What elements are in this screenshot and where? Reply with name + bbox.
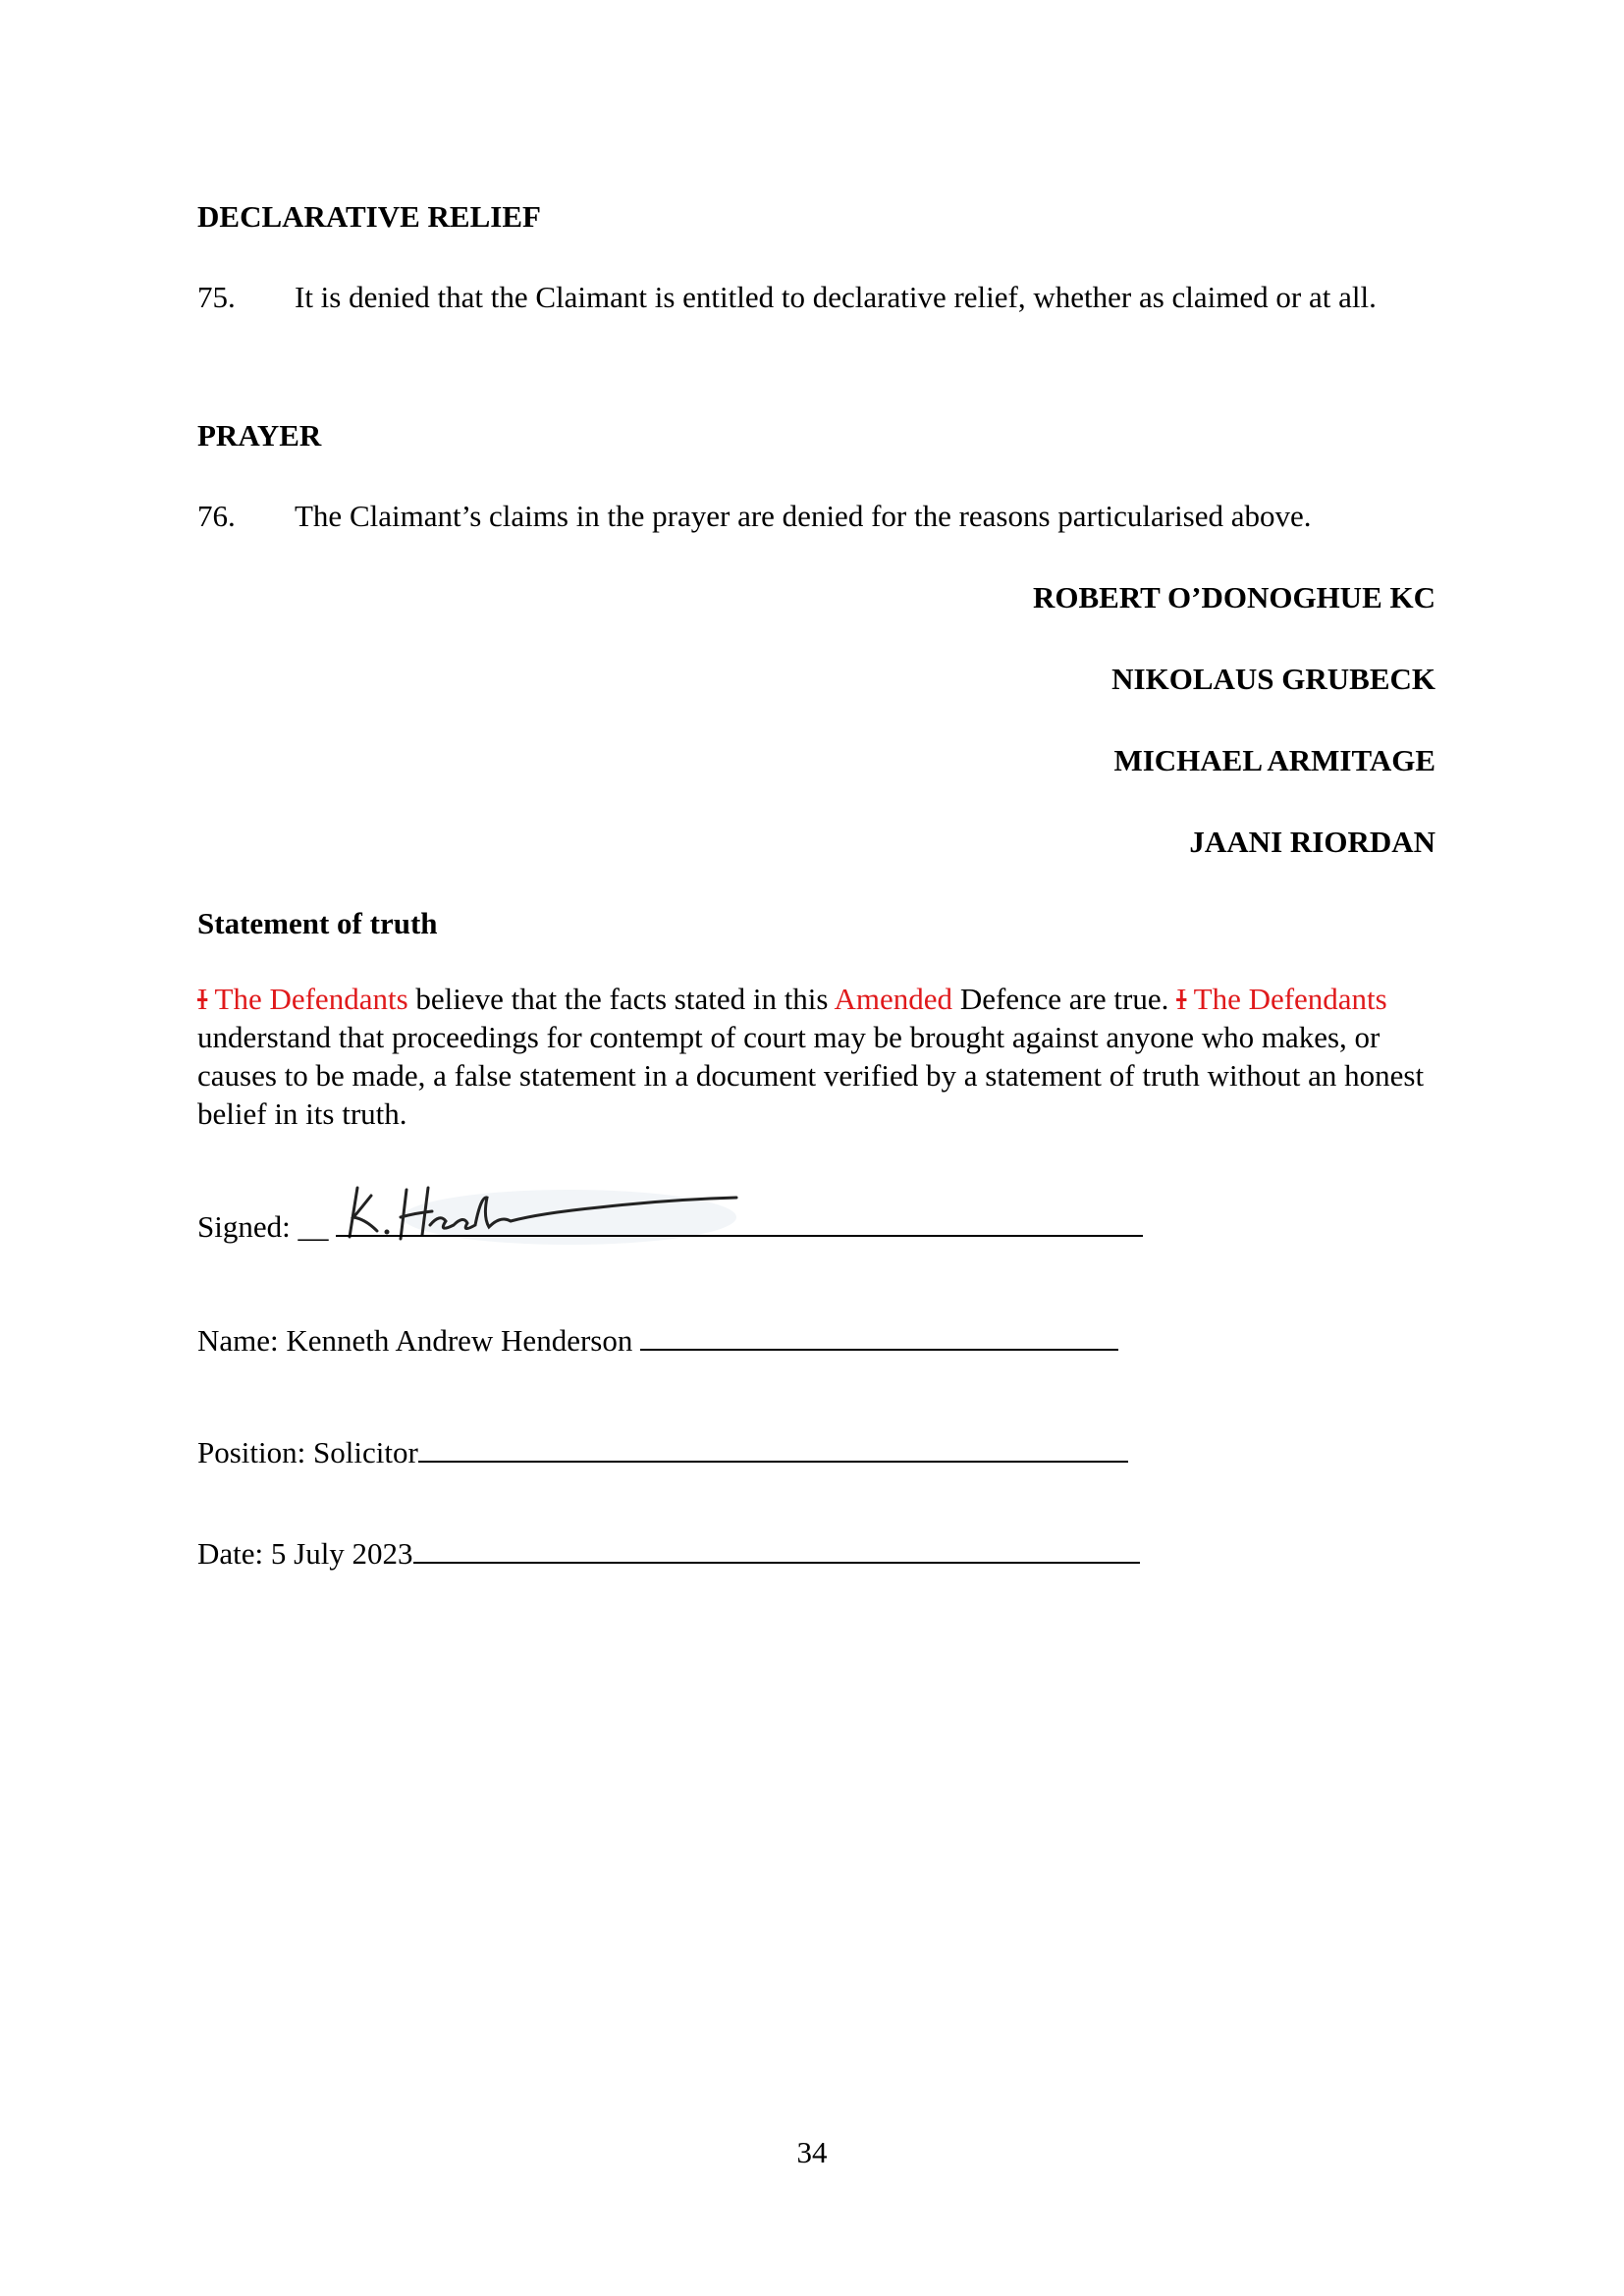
counsel-name: NIKOLAUS GRUBECK <box>1111 662 1435 697</box>
date-label: Date: 5 July 2023 <box>197 1536 413 1571</box>
signed-label: Signed: __ <box>197 1209 336 1244</box>
counsel-name: MICHAEL ARMITAGE <box>1113 743 1435 778</box>
deleted-text: I <box>1176 982 1186 1016</box>
name-label: Name: Kenneth Andrew Henderson <box>197 1323 640 1358</box>
inserted-text: Amended <box>835 982 953 1016</box>
statement-of-truth-heading: Statement of truth <box>197 906 438 941</box>
deleted-text: I <box>197 982 207 1016</box>
statement-text: understand that proceedings for contempt… <box>197 1020 1424 1131</box>
paragraph-number-76: 76. <box>197 499 236 534</box>
position-line <box>418 1437 1128 1463</box>
signed-field: Signed: __ <box>197 1209 1143 1245</box>
date-field: Date: 5 July 2023 <box>197 1536 1140 1572</box>
paragraph-76-text: The Claimant’s claims in the prayer are … <box>295 488 1435 545</box>
statement-of-truth-text: I The Defendants believe that the facts … <box>197 980 1436 1133</box>
section-heading-declarative-relief: DECLARATIVE RELIEF <box>197 199 541 235</box>
counsel-name: JAANI RIORDAN <box>1189 825 1435 860</box>
position-field: Position: Solicitor <box>197 1435 1128 1470</box>
page-number: 34 <box>0 2135 1624 2170</box>
inserted-text: The Defendants <box>207 982 407 1016</box>
date-line <box>413 1538 1140 1564</box>
inserted-text: The Defendants <box>1186 982 1386 1016</box>
paragraph-number-75: 75. <box>197 280 236 315</box>
position-label: Position: Solicitor <box>197 1435 418 1469</box>
name-line <box>640 1325 1118 1351</box>
counsel-name: ROBERT O’DONOGHUE KC <box>1033 580 1435 615</box>
statement-text: Defence are true. <box>952 982 1176 1016</box>
name-field: Name: Kenneth Andrew Henderson <box>197 1323 1118 1359</box>
paragraph-75-text: It is denied that the Claimant is entitl… <box>295 269 1435 326</box>
section-heading-prayer: PRAYER <box>197 418 321 454</box>
statement-text: believe that the facts stated in this <box>408 982 835 1016</box>
signature-line <box>336 1211 1143 1237</box>
